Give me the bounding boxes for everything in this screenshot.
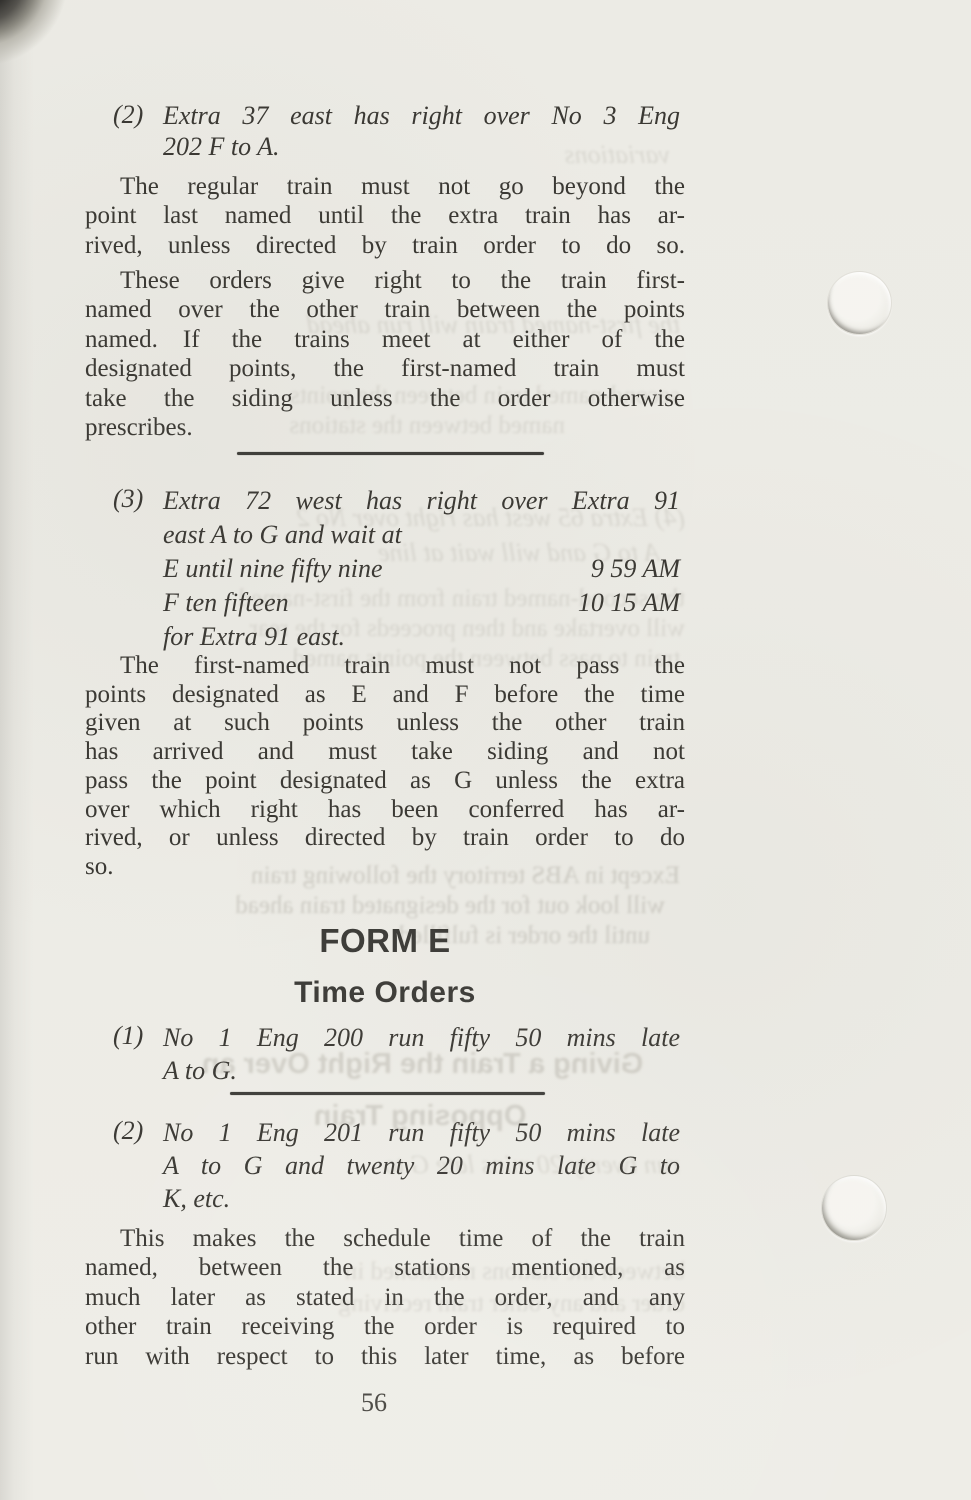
text-line: run with respect to this later time, as …	[85, 1342, 685, 1371]
order-text-line: 202 F to A.	[163, 131, 680, 162]
time-value: 10 15 AM	[578, 586, 680, 620]
text-line: prescribes.	[85, 413, 685, 442]
order-number: (2)	[113, 1116, 143, 1146]
order-text-line: Extra 72 west has right over Extra 91	[163, 484, 680, 518]
text-line: pass the point designated as G unless th…	[85, 767, 685, 796]
text-line: much later as stated in the order, and a…	[85, 1283, 685, 1312]
order-text-line: east A to G and wait at	[163, 518, 680, 552]
order-text-line: Extra 37 east has right over No 3 Eng	[163, 100, 680, 131]
binder-ring-impression-bottom	[821, 1175, 887, 1241]
paragraph-regular-train: The regular train must not go beyond the…	[85, 172, 685, 260]
text-line: This makes the schedule time of the trai…	[85, 1224, 685, 1253]
order-text-line: A to G.	[163, 1054, 680, 1087]
time-orders-subheading: Time Orders	[85, 976, 685, 1010]
binder-ring-impression-top	[827, 271, 892, 335]
text-line: point last named until the extra train h…	[85, 201, 685, 230]
text-line: so.	[85, 853, 685, 882]
station-time-text: E until nine fifty nine	[163, 552, 383, 586]
section-divider-rule	[237, 452, 544, 455]
station-time-text: F ten fifteen	[163, 586, 289, 620]
order-number: (3)	[113, 484, 143, 514]
time-order-example-1: (1) No 1 Eng 200 run fifty 50 mins late …	[163, 1021, 680, 1087]
text-line: rived, or unless directed by train order…	[85, 824, 685, 853]
order-number: (2)	[113, 100, 143, 130]
text-line: has arrived and must take siding and not	[85, 738, 685, 767]
order-text-line: K, etc.	[163, 1182, 680, 1215]
train-order-example-3: (3) Extra 72 west has right over Extra 9…	[163, 484, 680, 654]
text-line: over which right has been conferred has …	[85, 796, 685, 825]
page-number: 56	[85, 1388, 663, 1418]
text-line: rived, unless directed by train order to…	[85, 231, 685, 260]
order-text-line: No 1 Eng 200 run fifty 50 mins late	[163, 1021, 680, 1054]
text-line: The first-named train must not pass the	[85, 652, 685, 681]
text-line: named over the other train between the p…	[85, 295, 685, 324]
ghost-text-line: will look out for the designated train a…	[90, 892, 665, 920]
time-order-example-2: (2) No 1 Eng 201 run fifty 50 mins late …	[163, 1116, 680, 1215]
order-text-line: No 1 Eng 201 run fifty 50 mins late	[163, 1116, 680, 1149]
order-text-line: A to G and twenty 20 mins late G to	[163, 1149, 680, 1182]
text-line: given at such points unless the other tr…	[85, 709, 685, 738]
order-text-line: for Extra 91 east.	[163, 620, 680, 654]
order-time-line: F ten fifteen 10 15 AM	[163, 586, 680, 620]
paragraph-first-named: The first-named train must not pass the …	[85, 652, 685, 882]
time-value: 9 59 AM	[591, 552, 680, 586]
paragraph-this-makes: This makes the schedule time of the trai…	[85, 1224, 685, 1371]
book-page-scan: variations the first-named train will ru…	[0, 0, 971, 1500]
text-line: named, between the stations mentioned, a…	[85, 1253, 685, 1282]
form-e-heading: FORM E	[85, 922, 685, 960]
text-line: These orders give right to the train fir…	[85, 266, 685, 295]
text-line: take the siding unless the order otherwi…	[85, 384, 685, 413]
section-divider-rule	[230, 1092, 545, 1095]
order-number: (1)	[113, 1021, 143, 1051]
text-line: other train receiving the order is requi…	[85, 1312, 685, 1341]
text-line: named. If the trains meet at either of t…	[85, 325, 685, 354]
text-line: points designated as E and F before the …	[85, 681, 685, 710]
paragraph-these-orders: These orders give right to the train fir…	[85, 266, 685, 442]
text-line: The regular train must not go beyond the	[85, 172, 685, 201]
order-time-line: E until nine fifty nine 9 59 AM	[163, 552, 680, 586]
text-line: designated points, the first-named train…	[85, 354, 685, 383]
train-order-example-2: (2) Extra 37 east has right over No 3 En…	[163, 100, 680, 162]
